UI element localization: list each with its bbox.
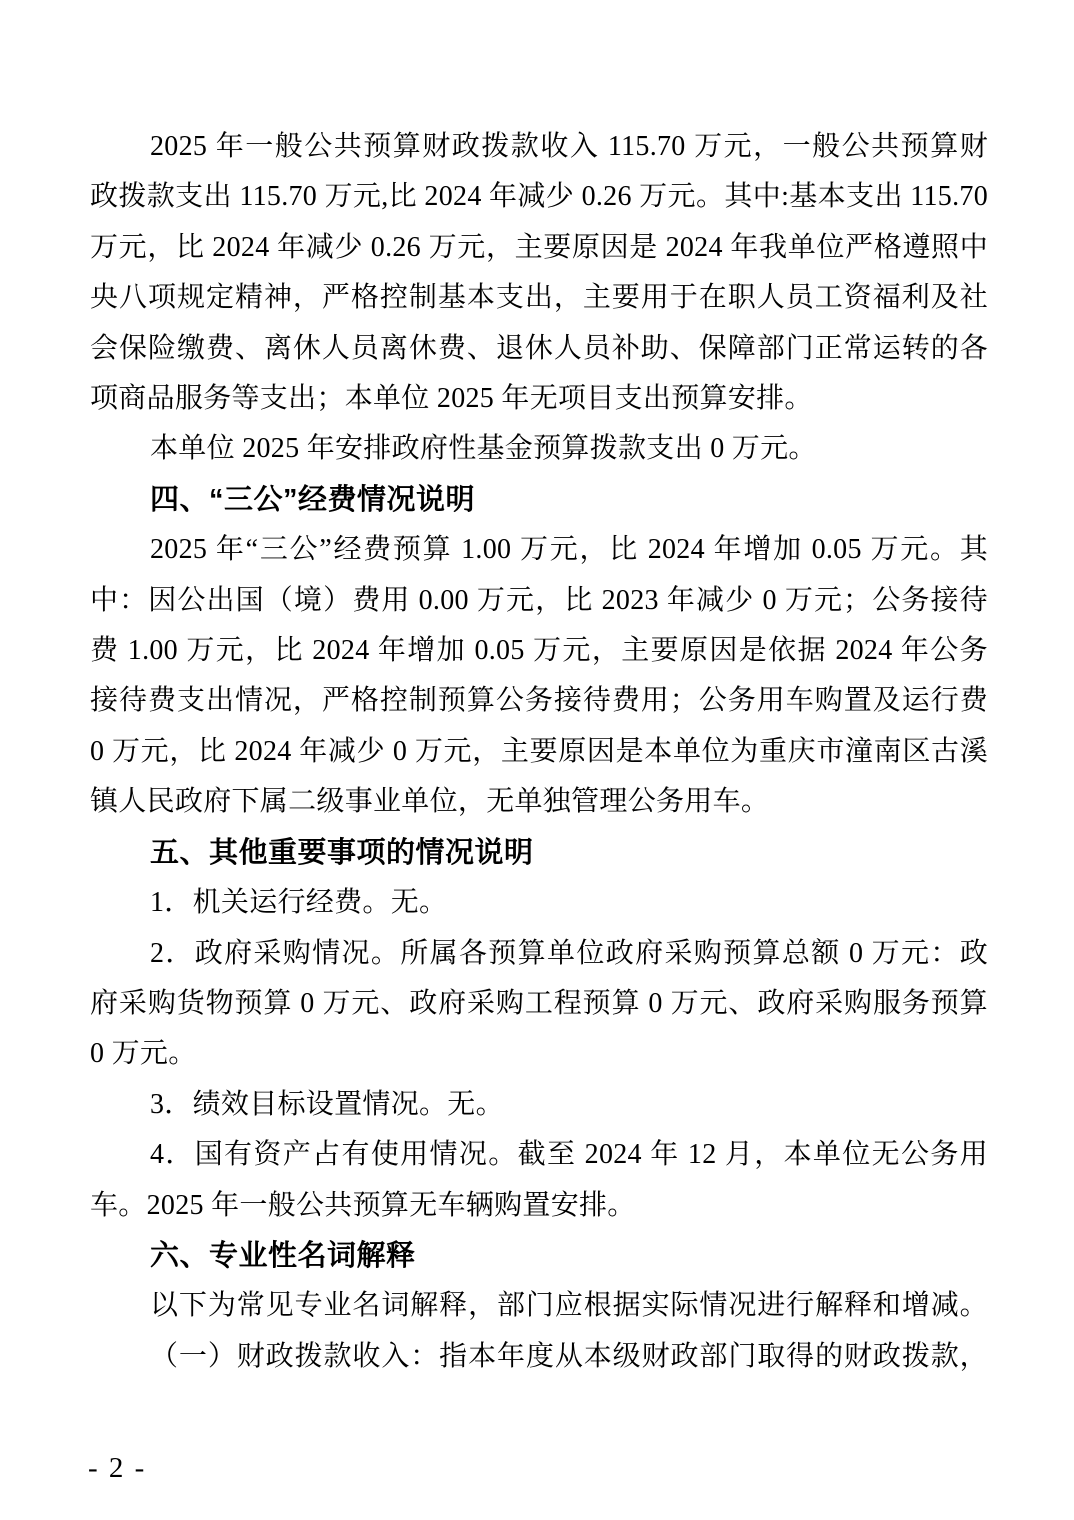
list-item-line: 2．政府采购情况。所属各预算单位政府采购预算总额 0 万元：政 — [90, 929, 988, 979]
paragraph-line: 央八项规定精神，严格控制基本支出，主要用于在职人员工资福利及社 — [90, 273, 988, 323]
paragraph-line: 费 1.00 万元，比 2024 年增加 0.05 万元，主要原因是依据 202… — [90, 626, 988, 676]
document-content: 2025 年一般公共预算财政拨款收入 115.70 万元，一般公共预算财 政拨款… — [90, 122, 988, 1382]
paragraph-line: 0 万元，比 2024 年减少 0 万元，主要原因是本单位为重庆市潼南区古溪 — [90, 727, 988, 777]
paragraph-line: 镇人民政府下属二级事业单位，无单独管理公务用车。 — [90, 777, 988, 827]
paragraph-line: 车。2025 年一般公共预算无车辆购置安排。 — [90, 1181, 988, 1231]
page-number: - 2 - — [88, 1452, 146, 1485]
paragraph-line: 2025 年“三公”经费预算 1.00 万元，比 2024 年增加 0.05 万… — [90, 525, 988, 575]
paragraph-line: 府采购货物预算 0 万元、政府采购工程预算 0 万元、政府采购服务预算 — [90, 979, 988, 1029]
section-heading-three-public-funds: 四、“三公”经费情况说明 — [90, 475, 988, 525]
paragraph-line: 项商品服务等支出；本单位 2025 年无项目支出预算安排。 — [90, 374, 988, 424]
list-item-line: 3．绩效目标设置情况。无。 — [90, 1080, 988, 1130]
list-item-line: 4．国有资产占有使用情况。截至 2024 年 12 月，本单位无公务用 — [90, 1130, 988, 1180]
paragraph-line: 中：因公出国（境）费用 0.00 万元，比 2023 年减少 0 万元；公务接待 — [90, 576, 988, 626]
paragraph-line: 万元，比 2024 年减少 0.26 万元，主要原因是 2024 年我单位严格遵… — [90, 223, 988, 273]
paragraph-line: 0 万元。 — [90, 1029, 988, 1079]
section-heading-other-important-matters: 五、其他重要事项的情况说明 — [90, 828, 988, 878]
paragraph-line: 接待费支出情况，严格控制预算公务接待费用；公务用车购置及运行费 — [90, 676, 988, 726]
document-page: 2025 年一般公共预算财政拨款收入 115.70 万元，一般公共预算财 政拨款… — [0, 0, 1074, 1520]
paragraph-line: 以下为常见专业名词解释，部门应根据实际情况进行解释和增减。 — [90, 1281, 988, 1331]
list-item-line: 1．机关运行经费。无。 — [90, 878, 988, 928]
paragraph-line: 政拨款支出 115.70 万元,比 2024 年减少 0.26 万元。其中:基本… — [90, 172, 988, 222]
section-heading-terminology: 六、专业性名词解释 — [90, 1231, 988, 1281]
paragraph-line: （一）财政拨款收入：指本年度从本级财政部门取得的财政拨款， — [90, 1332, 988, 1382]
paragraph-line: 会保险缴费、离休人员离休费、退休人员补助、保障部门正常运转的各 — [90, 324, 988, 374]
paragraph-line: 2025 年一般公共预算财政拨款收入 115.70 万元，一般公共预算财 — [90, 122, 988, 172]
paragraph-line: 本单位 2025 年安排政府性基金预算拨款支出 0 万元。 — [90, 424, 988, 474]
